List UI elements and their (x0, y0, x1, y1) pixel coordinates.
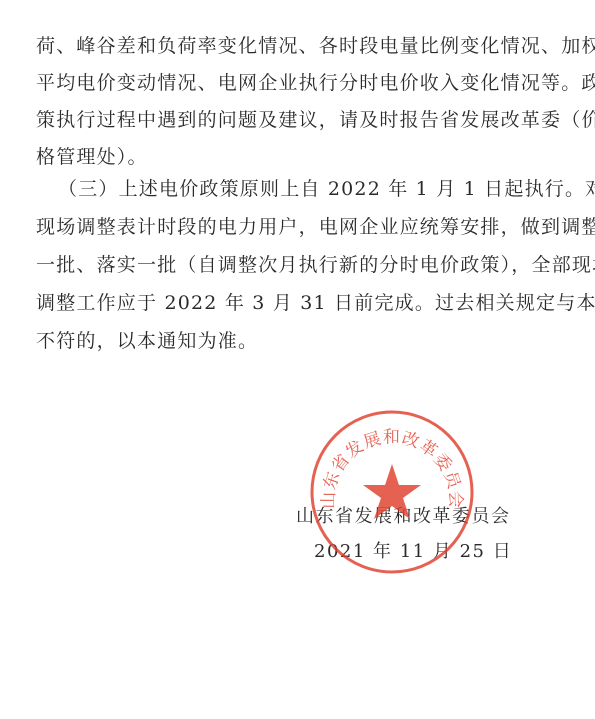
paragraph-2-line-1: （三）上述电价政策原则上自 2022 年 1 月 1 日起执行。对需 (58, 177, 578, 201)
paragraph-2-line-4: 调整工作应于 2022 年 3 月 31 日前完成。过去相关规定与本通知 (36, 291, 556, 315)
paragraph-2-line-2: 现场调整表计时段的电力用户，电网企业应统筹安排，做到调整 (36, 215, 556, 239)
official-seal-icon: 山东省发展和改革委员会 (309, 409, 475, 575)
paragraph-1-line-1: 荷、峰谷差和负荷率变化情况、各时段电量比例变化情况、加权 (36, 34, 556, 58)
paragraph-1-line-2: 平均电价变动情况、电网企业执行分时电价收入变化情况等。政 (36, 71, 556, 95)
star-icon (363, 464, 421, 519)
paragraph-2-line-5: 不符的，以本通知为准。 (36, 329, 556, 353)
paragraph-2-line-3: 一批、落实一批（自调整次月执行新的分时电价政策），全部现场 (36, 253, 556, 277)
paragraph-1-line-3: 策执行过程中遇到的问题及建议，请及时报告省发展改革委（价 (36, 108, 556, 132)
document-page: 荷、峰谷差和负荷率变化情况、各时段电量比例变化情况、加权 平均电价变动情况、电网… (0, 0, 595, 719)
paragraph-1-line-4: 格管理处）。 (36, 145, 556, 169)
